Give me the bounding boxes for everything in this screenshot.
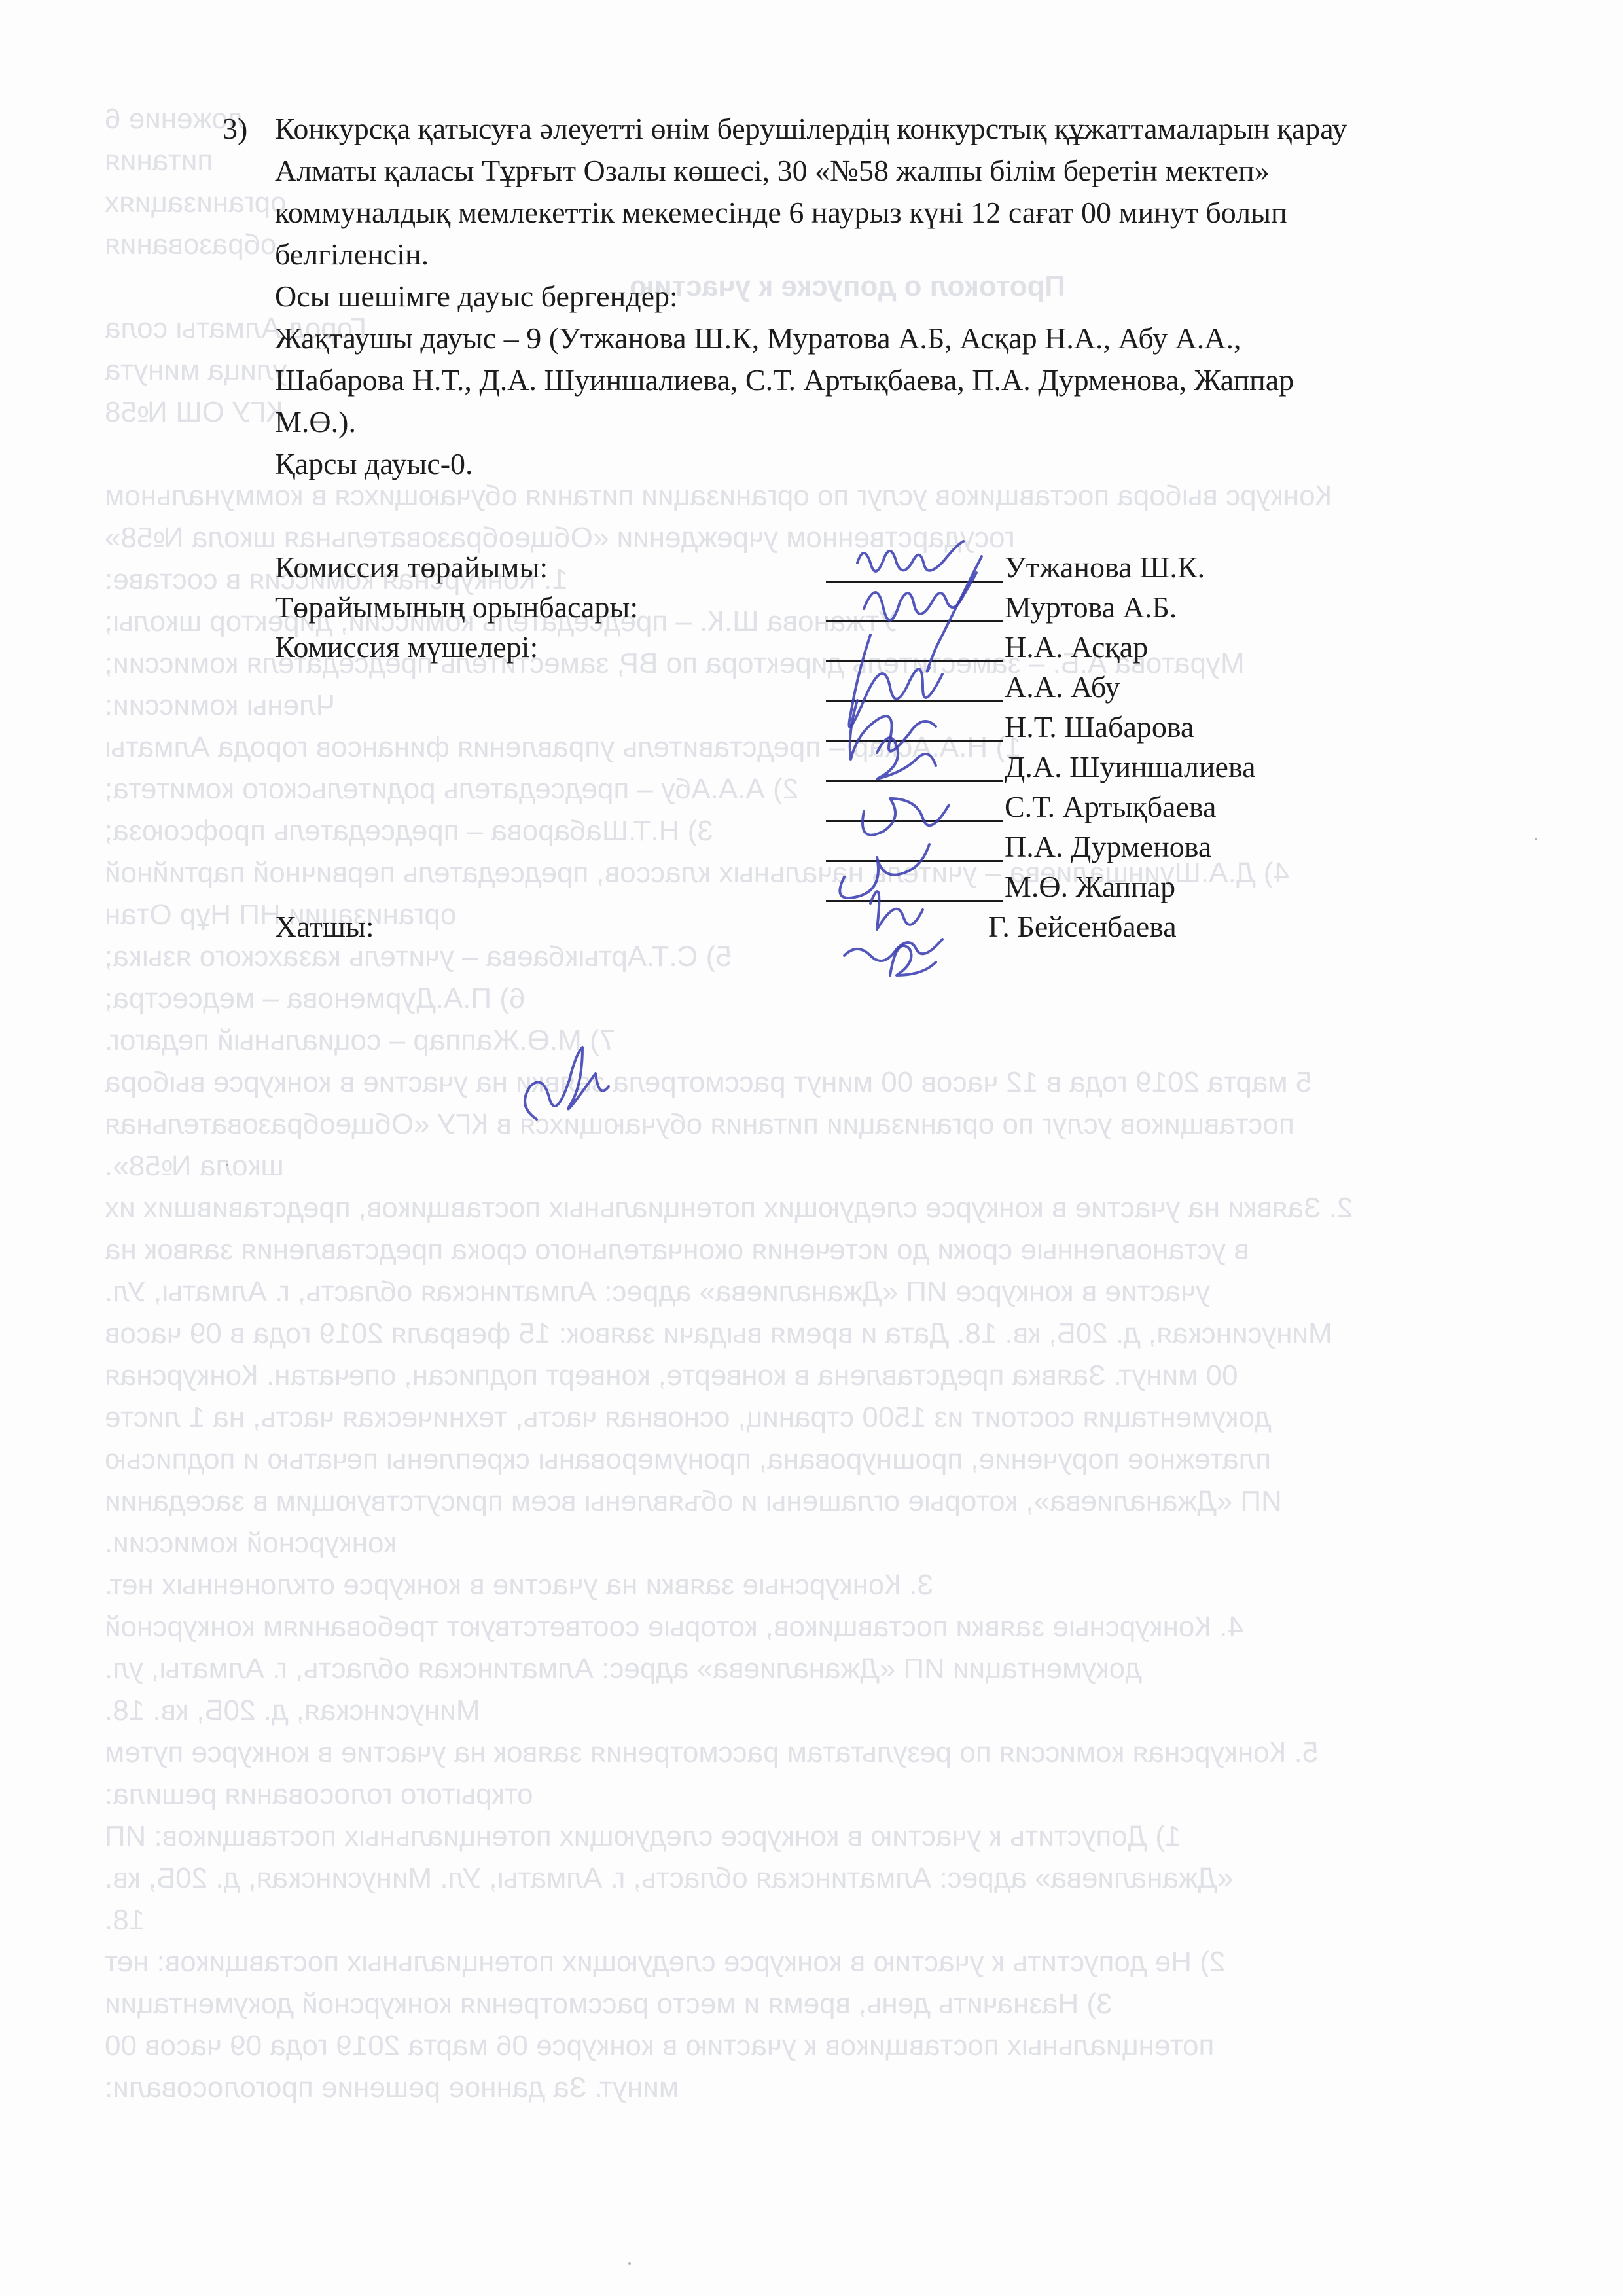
bleed-through-line: 00 минут. Заявка представлена в конверте…: [105, 1355, 1590, 1397]
signature-line: [826, 780, 1003, 782]
votes-for-cont: Шабарова Н.Т., Д.А. Шуиншалиева, С.Т. Ар…: [275, 359, 1518, 401]
signatory-name: Г. Бейсенбаева: [988, 906, 1177, 948]
signatory-name: Н.Т. Шабарова: [1005, 706, 1194, 748]
list-item-number: 3): [223, 108, 247, 150]
bleed-through-line: 18.: [105, 1899, 1590, 1941]
signature-line: [826, 820, 1003, 822]
signature-line: [826, 700, 1003, 702]
signature-line: [826, 581, 1003, 583]
signature-row-member: Д.А. Шуиншалиева: [275, 746, 1322, 786]
signatory-name: А.А. Абу: [1005, 666, 1120, 708]
signature-row-member: М.Ө. Жаппар: [275, 866, 1322, 906]
paragraph-line: Конкурсқа қатысуға әлеуетті өнім берушіл…: [275, 108, 1518, 150]
signature-role: Хатшы:: [275, 906, 374, 948]
bleed-through-line: минут. За данное решение проголосовали:: [105, 2067, 1590, 2109]
bleed-through-line: «Джаналиева» адрес: Алматинская область,…: [105, 1857, 1590, 1899]
signature-row-chair: Комиссия төрайымы: Утжанова Ш.К.: [275, 547, 1322, 586]
bleed-through-line: 3. Конкурсные заявки на участие в конкур…: [105, 1564, 1590, 1606]
signature-block: Комиссия төрайымы: Утжанова Ш.К. Төрайым…: [275, 547, 1322, 946]
bleed-through-line: платежное поручение, прошнурована, прону…: [105, 1439, 1590, 1480]
bleed-through-line: документации ИП «Джаналиева» адрес: Алма…: [105, 1648, 1590, 1690]
votes-for: Жақтаушы дауыс – 9 (Утжанова Ш.К, Мурато…: [275, 317, 1518, 359]
paragraph-line: Алматы қаласы Тұрғыт Озалы көшесі, 30 «№…: [275, 150, 1518, 192]
bleed-through-line: 3) Назначить день, время и место рассмот…: [105, 1983, 1590, 2025]
signature-row-member: Н.Т. Шабарова: [275, 706, 1322, 746]
bleed-through-line: в установленные сроки до истечения оконч…: [105, 1229, 1590, 1271]
bleed-through-line: 5 марта 2019 года в 12 часов 00 минут ра…: [105, 1062, 1590, 1103]
bleed-through-line: Минусинская, д. 20Б, кв. 18.: [105, 1690, 1590, 1732]
signatory-name: М.Ө. Жаппар: [1005, 866, 1175, 908]
signatory-name: Д.А. Шуиншалиева: [1005, 746, 1256, 788]
signature-role: Төрайымының орынбасары:: [275, 586, 638, 628]
paragraph-line: белгіленсін.: [275, 234, 1518, 276]
bleed-through-line: конкурсной комиссии.: [105, 1522, 1590, 1564]
signature-line: [826, 660, 1003, 662]
signatory-name: Утжанова Ш.К.: [1005, 547, 1205, 588]
signature-line: [826, 860, 1003, 862]
signature-icon: [510, 1041, 641, 1139]
signature-role: Комиссия мүшелері:: [275, 626, 538, 668]
bleed-through-line: школа №58».: [105, 1145, 1590, 1187]
signature-line: [826, 740, 1003, 742]
signature-role: Комиссия төрайымы:: [275, 547, 548, 588]
paragraph-line: коммуналдық мемлекеттік мекемесінде 6 на…: [275, 192, 1518, 234]
bleed-through-line: 2. Заявки на участие в конкурсе следующи…: [105, 1187, 1590, 1229]
signatory-name: П.А. Дурменова: [1005, 826, 1211, 868]
scan-speck: [1535, 838, 1537, 840]
bleed-through-line: 7) М.Ө.Жаппар – социальный педагог.: [105, 1020, 1590, 1062]
decision-paragraph: Конкурсқа қатысуға әлеуетті өнім берушіл…: [275, 108, 1518, 485]
bleed-through-line: участие в конкурсе ИП «Джаналиева» адрес…: [105, 1271, 1590, 1313]
signature-row-member: С.Т. Артықбаева: [275, 786, 1322, 826]
bleed-through-line: документация состоит из 1500 страниц, ос…: [105, 1397, 1590, 1439]
scan-speck: [226, 1164, 228, 1166]
votes-heading: Осы шешімге дауыс бергендер:: [275, 276, 1518, 317]
bleed-through-line: ИП «Джаналиева», которые оглашены и объя…: [105, 1480, 1590, 1522]
bleed-through-line: 6) П.А.Дурменова – медсестра;: [105, 978, 1590, 1020]
bleed-through-line: открытого голосования решила:: [105, 1774, 1590, 1816]
bleed-through-line: 4. Конкурсные заявки поставщиков, которы…: [105, 1606, 1590, 1648]
votes-for-cont: М.Ө.).: [275, 401, 1518, 443]
signature-row-member: А.А. Абу: [275, 666, 1322, 706]
bleed-through-line: 2) Не допустить к участию в конкурсе сле…: [105, 1941, 1590, 1983]
signature-line: [826, 900, 1003, 902]
votes-against: Қарсы дауыс-0.: [275, 443, 1518, 485]
signature-row-member: Комиссия мүшелері: Н.А. Асқар: [275, 626, 1322, 666]
signatory-name: Н.А. Асқар: [1005, 626, 1148, 668]
signature-row-deputy: Төрайымының орынбасары: Муртова А.Б.: [275, 586, 1322, 626]
bleed-through-line: Минусинская, д. 20Б, кв. 18. Дата и врем…: [105, 1313, 1590, 1355]
signature-row-secretary: Хатшы: Г. Бейсенбаева: [275, 906, 1322, 946]
scan-speck: [628, 2262, 631, 2265]
bleed-through-line: 5. Конкурсная комиссия по результатам ра…: [105, 1732, 1590, 1774]
bleed-through-line: поставщиков услуг по организации питания…: [105, 1103, 1590, 1145]
bleed-through-line: 1) Допустить к участию в конкурсе следую…: [105, 1816, 1590, 1857]
bleed-through-line: потенциальных поставщиков к участию в ко…: [105, 2025, 1590, 2067]
signature-row-member: П.А. Дурменова: [275, 826, 1322, 866]
signatory-name: Муртова А.Б.: [1005, 586, 1177, 628]
scanned-page: ложение 6питанияорганизацияхобразованияП…: [0, 0, 1623, 2296]
signature-line: [826, 620, 1003, 622]
signatory-name: С.Т. Артықбаева: [1005, 786, 1216, 828]
